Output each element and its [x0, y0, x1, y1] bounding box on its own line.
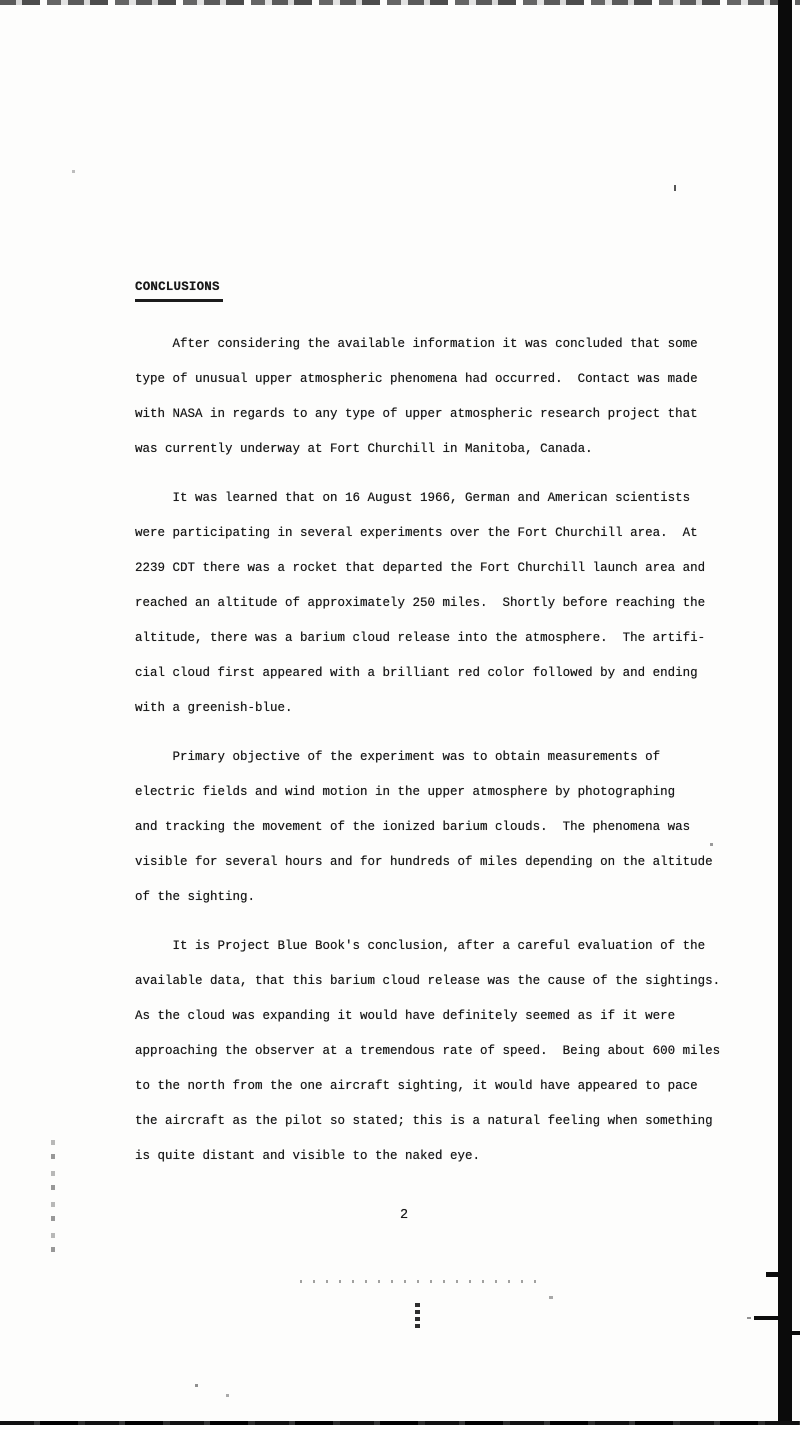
paragraph: It was learned that on 16 August 1966, G…	[135, 481, 735, 726]
text-line: 2239 CDT there was a rocket that departe…	[135, 551, 735, 586]
scan-speck	[674, 185, 676, 191]
text-line: It is Project Blue Book's conclusion, af…	[135, 929, 735, 964]
scan-dash-marks	[415, 1303, 420, 1329]
scan-speck-trail	[300, 1280, 545, 1283]
text-line: was currently underway at Fort Churchill…	[135, 432, 735, 467]
text-line: reached an altitude of approximately 250…	[135, 586, 735, 621]
text-line: electric fields and wind motion in the u…	[135, 775, 735, 810]
text-line: were participating in several experiment…	[135, 516, 735, 551]
text-line: to the north from the one aircraft sight…	[135, 1069, 735, 1104]
section-heading: CONCLUSIONS	[135, 279, 223, 302]
scan-speck	[195, 1384, 198, 1387]
scan-tick-mark	[754, 1316, 778, 1320]
text-line: approaching the observer at a tremendous…	[135, 1034, 735, 1069]
text-line: the aircraft as the pilot so stated; thi…	[135, 1104, 735, 1139]
paragraph: After considering the available informat…	[135, 327, 735, 467]
scan-speck	[226, 1394, 229, 1397]
scan-tick-mark	[792, 1331, 800, 1335]
text-line: of the sighting.	[135, 880, 735, 915]
scan-top-edge-artifact	[0, 0, 800, 5]
text-line: and tracking the movement of the ionized…	[135, 810, 735, 845]
text-line: type of unusual upper atmospheric phenom…	[135, 362, 735, 397]
text-line: is quite distant and visible to the nake…	[135, 1139, 735, 1174]
document-body: After considering the available informat…	[135, 327, 735, 1188]
text-line: It was learned that on 16 August 1966, G…	[135, 481, 735, 516]
scan-speck	[549, 1296, 553, 1299]
paragraph: It is Project Blue Book's conclusion, af…	[135, 929, 735, 1174]
scan-speck	[72, 170, 75, 173]
text-line: available data, that this barium cloud r…	[135, 964, 735, 999]
paragraph: Primary objective of the experiment was …	[135, 740, 735, 915]
scanned-document-page: CONCLUSIONS After considering the availa…	[0, 0, 800, 1430]
scan-dot-column	[51, 1140, 55, 1262]
text-line: visible for several hours and for hundre…	[135, 845, 735, 880]
scan-bottom-edge-line	[0, 1421, 800, 1425]
text-line: altitude, there was a barium cloud relea…	[135, 621, 735, 656]
text-line: with a greenish-blue.	[135, 691, 735, 726]
scan-tick-mark	[766, 1272, 778, 1277]
text-line: with NASA in regards to any type of uppe…	[135, 397, 735, 432]
text-line: As the cloud was expanding it would have…	[135, 999, 735, 1034]
text-line: Primary objective of the experiment was …	[135, 740, 735, 775]
text-line: After considering the available informat…	[135, 327, 735, 362]
page-number: 2	[394, 1206, 414, 1226]
text-line: cial cloud first appeared with a brillia…	[135, 656, 735, 691]
scan-right-edge-bar	[778, 0, 792, 1423]
